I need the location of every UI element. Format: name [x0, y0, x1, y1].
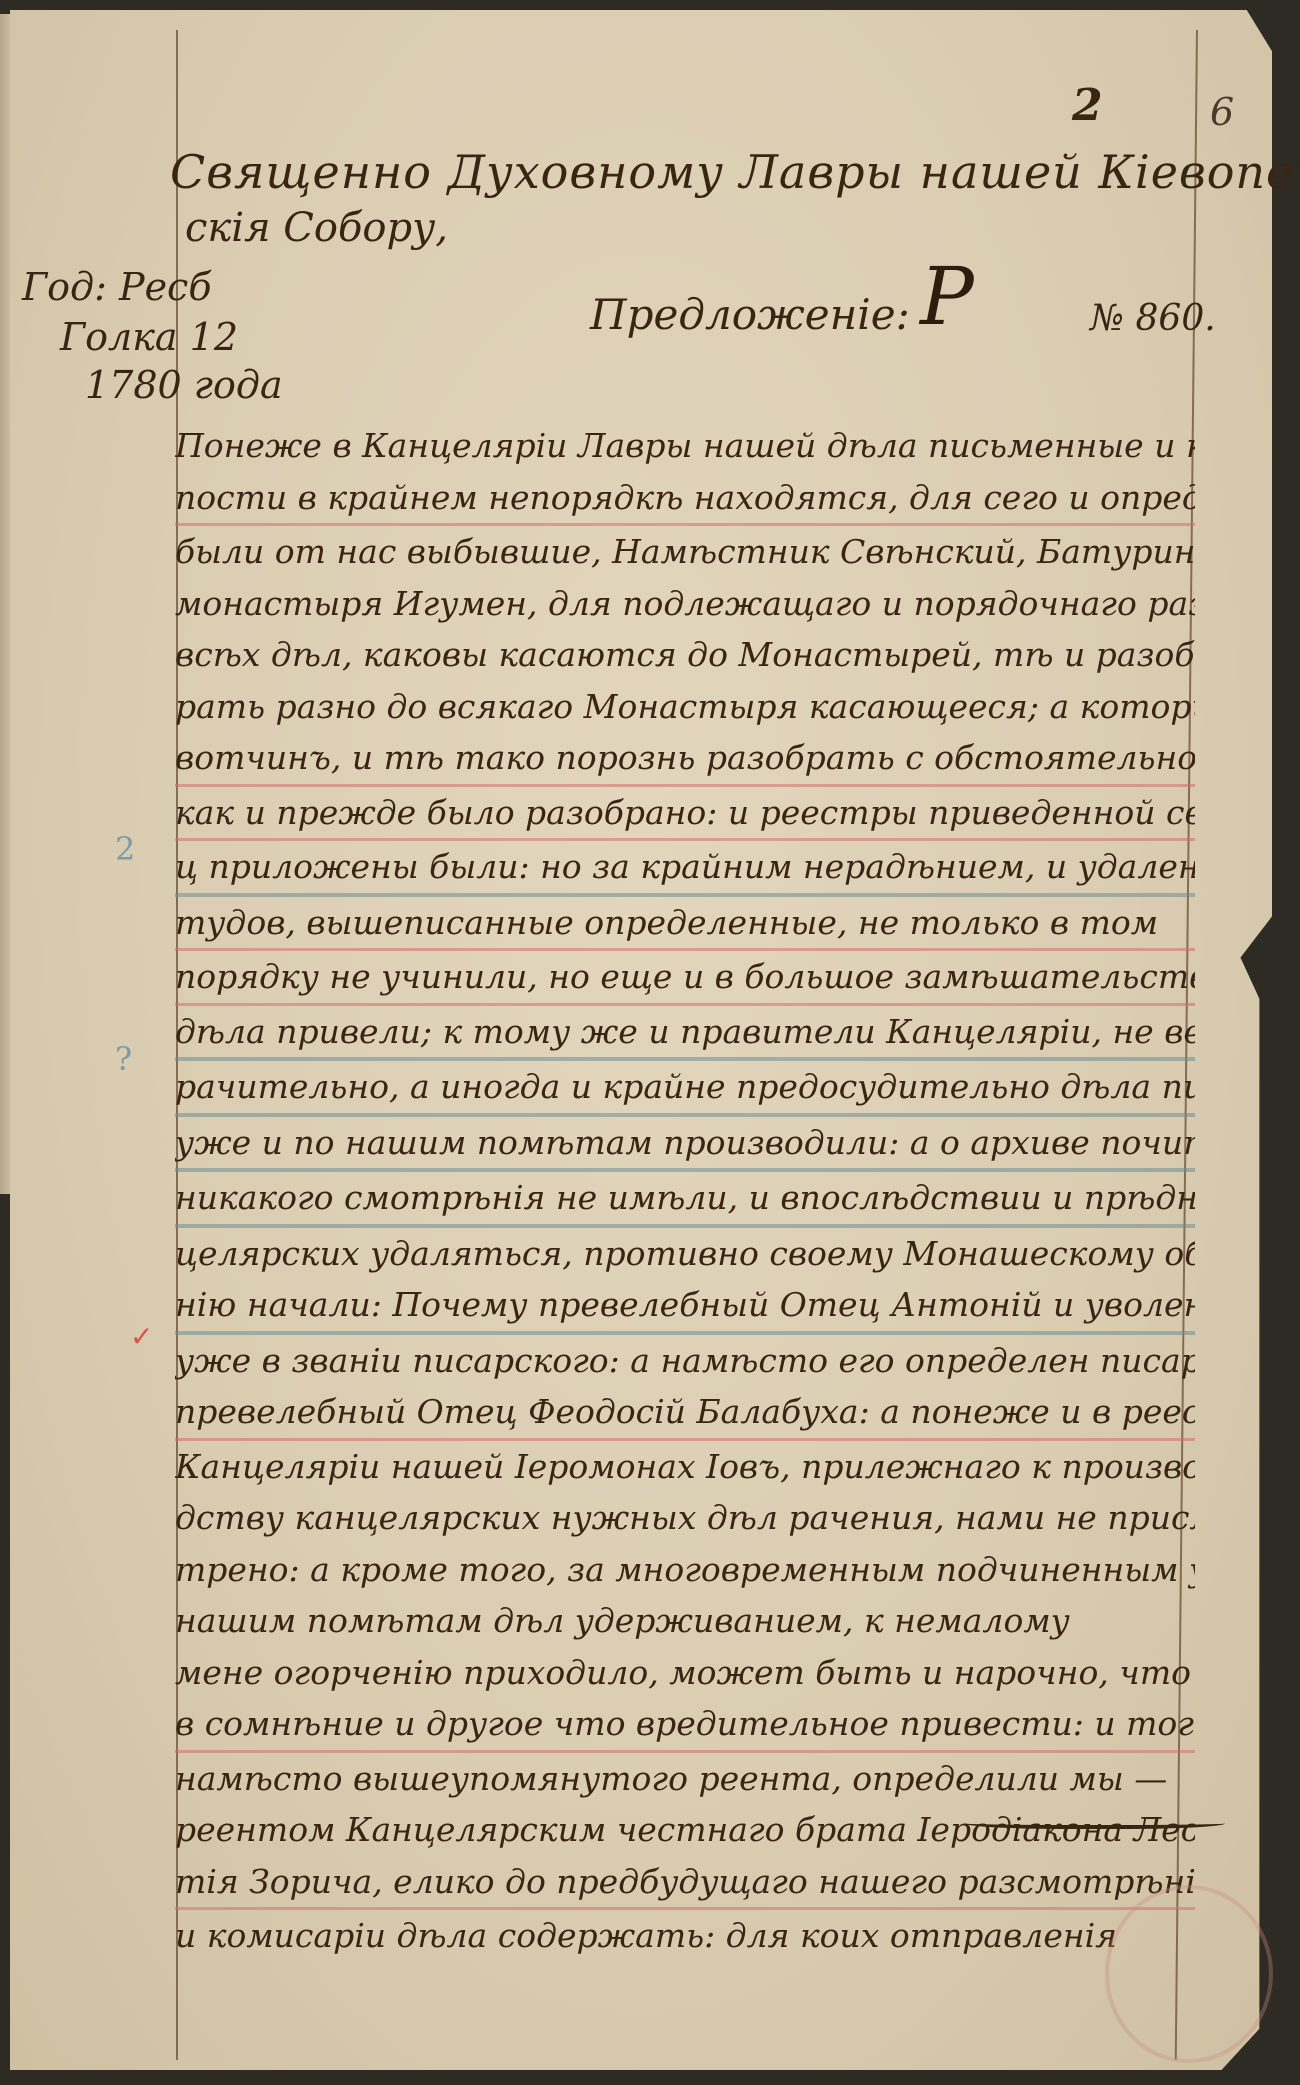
body-line: всѣх дѣл, каковы касаются до Монастырей,… [175, 629, 1195, 681]
body-line: нію начали: Почему превелебный Отец Анто… [175, 1279, 1195, 1335]
address-line-2: скія Собору, [185, 205, 448, 251]
body-line: как и прежде было разобрано: и реестры п… [175, 787, 1195, 842]
body-text: Понеже в Канцеляріи Лавры нашей дѣла пис… [175, 420, 1195, 1962]
body-line: Понеже в Канцеляріи Лавры нашей дѣла пис… [175, 420, 1195, 472]
body-line: никакого смотрѣнія не имѣли, и впослѣдст… [175, 1172, 1195, 1228]
page-number: 2 [1072, 80, 1103, 131]
archive-stamp [1105, 1885, 1273, 2063]
margin-note-3: 1780 года [85, 360, 283, 410]
body-line: превелебный Отец Феодосій Балабуха: а по… [175, 1386, 1195, 1441]
pencil-mark-2: 2 [115, 830, 135, 868]
body-line: трено: а кроме того, за многовременным п… [175, 1544, 1195, 1596]
body-line: уже и по нашим помѣтам производили: а о … [175, 1117, 1195, 1173]
body-line: Канцеляріи нашей Іеромонах Іовъ, прилежн… [175, 1441, 1195, 1493]
closing-flourish [965, 1815, 1225, 1829]
folio-number: 6 [1210, 90, 1234, 134]
margin-note-1: Год: Ресб [22, 262, 212, 312]
body-line: тудов, вышеписанные определенные, не тол… [175, 897, 1195, 952]
body-line: ц приложены были: но за крайним нерадѣни… [175, 841, 1195, 897]
red-check-mark: ✓ [130, 1320, 153, 1353]
address-line-1: Священно Духовному Лавры нашей Кіевопече… [170, 145, 1300, 199]
margin-note-2: Голка 12 [60, 312, 238, 362]
body-line: пости в крайнем непорядкѣ находятся, для… [175, 472, 1195, 527]
body-line: целярских удаляться, противно своему Мон… [175, 1228, 1195, 1280]
body-line: вотчинъ, и тѣ тако порознь разобрать с о… [175, 732, 1195, 787]
body-line: рачительно, а иногда и крайне предосудит… [175, 1061, 1195, 1117]
body-line: порядку не учинили, но еще и в большое з… [175, 951, 1195, 1006]
proposal-number: № 860. [1090, 298, 1216, 339]
body-line: нашим помѣтам дѣл удерживанием, к немало… [175, 1595, 1195, 1647]
body-line: мене огорченію приходило, может быть и н… [175, 1647, 1195, 1699]
body-line: дству канцелярских нужных дѣл рачения, н… [175, 1492, 1195, 1544]
body-line: тія Зорича, елико до предбудущаго нашего… [175, 1856, 1195, 1911]
body-line: реентом Канцелярским честнаго брата Іеро… [175, 1804, 1195, 1856]
body-line: были от нас выбывшие, Намѣстник Свѣнский… [175, 526, 1195, 578]
body-line: монастыря Игумен, для подлежащаго и поря… [175, 578, 1195, 630]
body-line: намѣсто вышеупомянутого реента, определи… [175, 1753, 1195, 1805]
proposal-heading: Предложеніе: [590, 290, 910, 339]
pencil-mark-question: ? [115, 1040, 132, 1078]
body-line: в сомнѣние и другое что вредительное при… [175, 1698, 1195, 1753]
body-line: рать разно до всякаго Монастыря касающее… [175, 681, 1195, 733]
body-line: уже в званіи писарского: а намѣсто его о… [175, 1335, 1195, 1387]
body-line: дѣла привели; к тому же и правители Канц… [175, 1006, 1195, 1062]
body-line: и комисаріи дѣла содержать: для коих отп… [175, 1910, 1195, 1962]
monogram-flourish: Р [920, 250, 974, 343]
